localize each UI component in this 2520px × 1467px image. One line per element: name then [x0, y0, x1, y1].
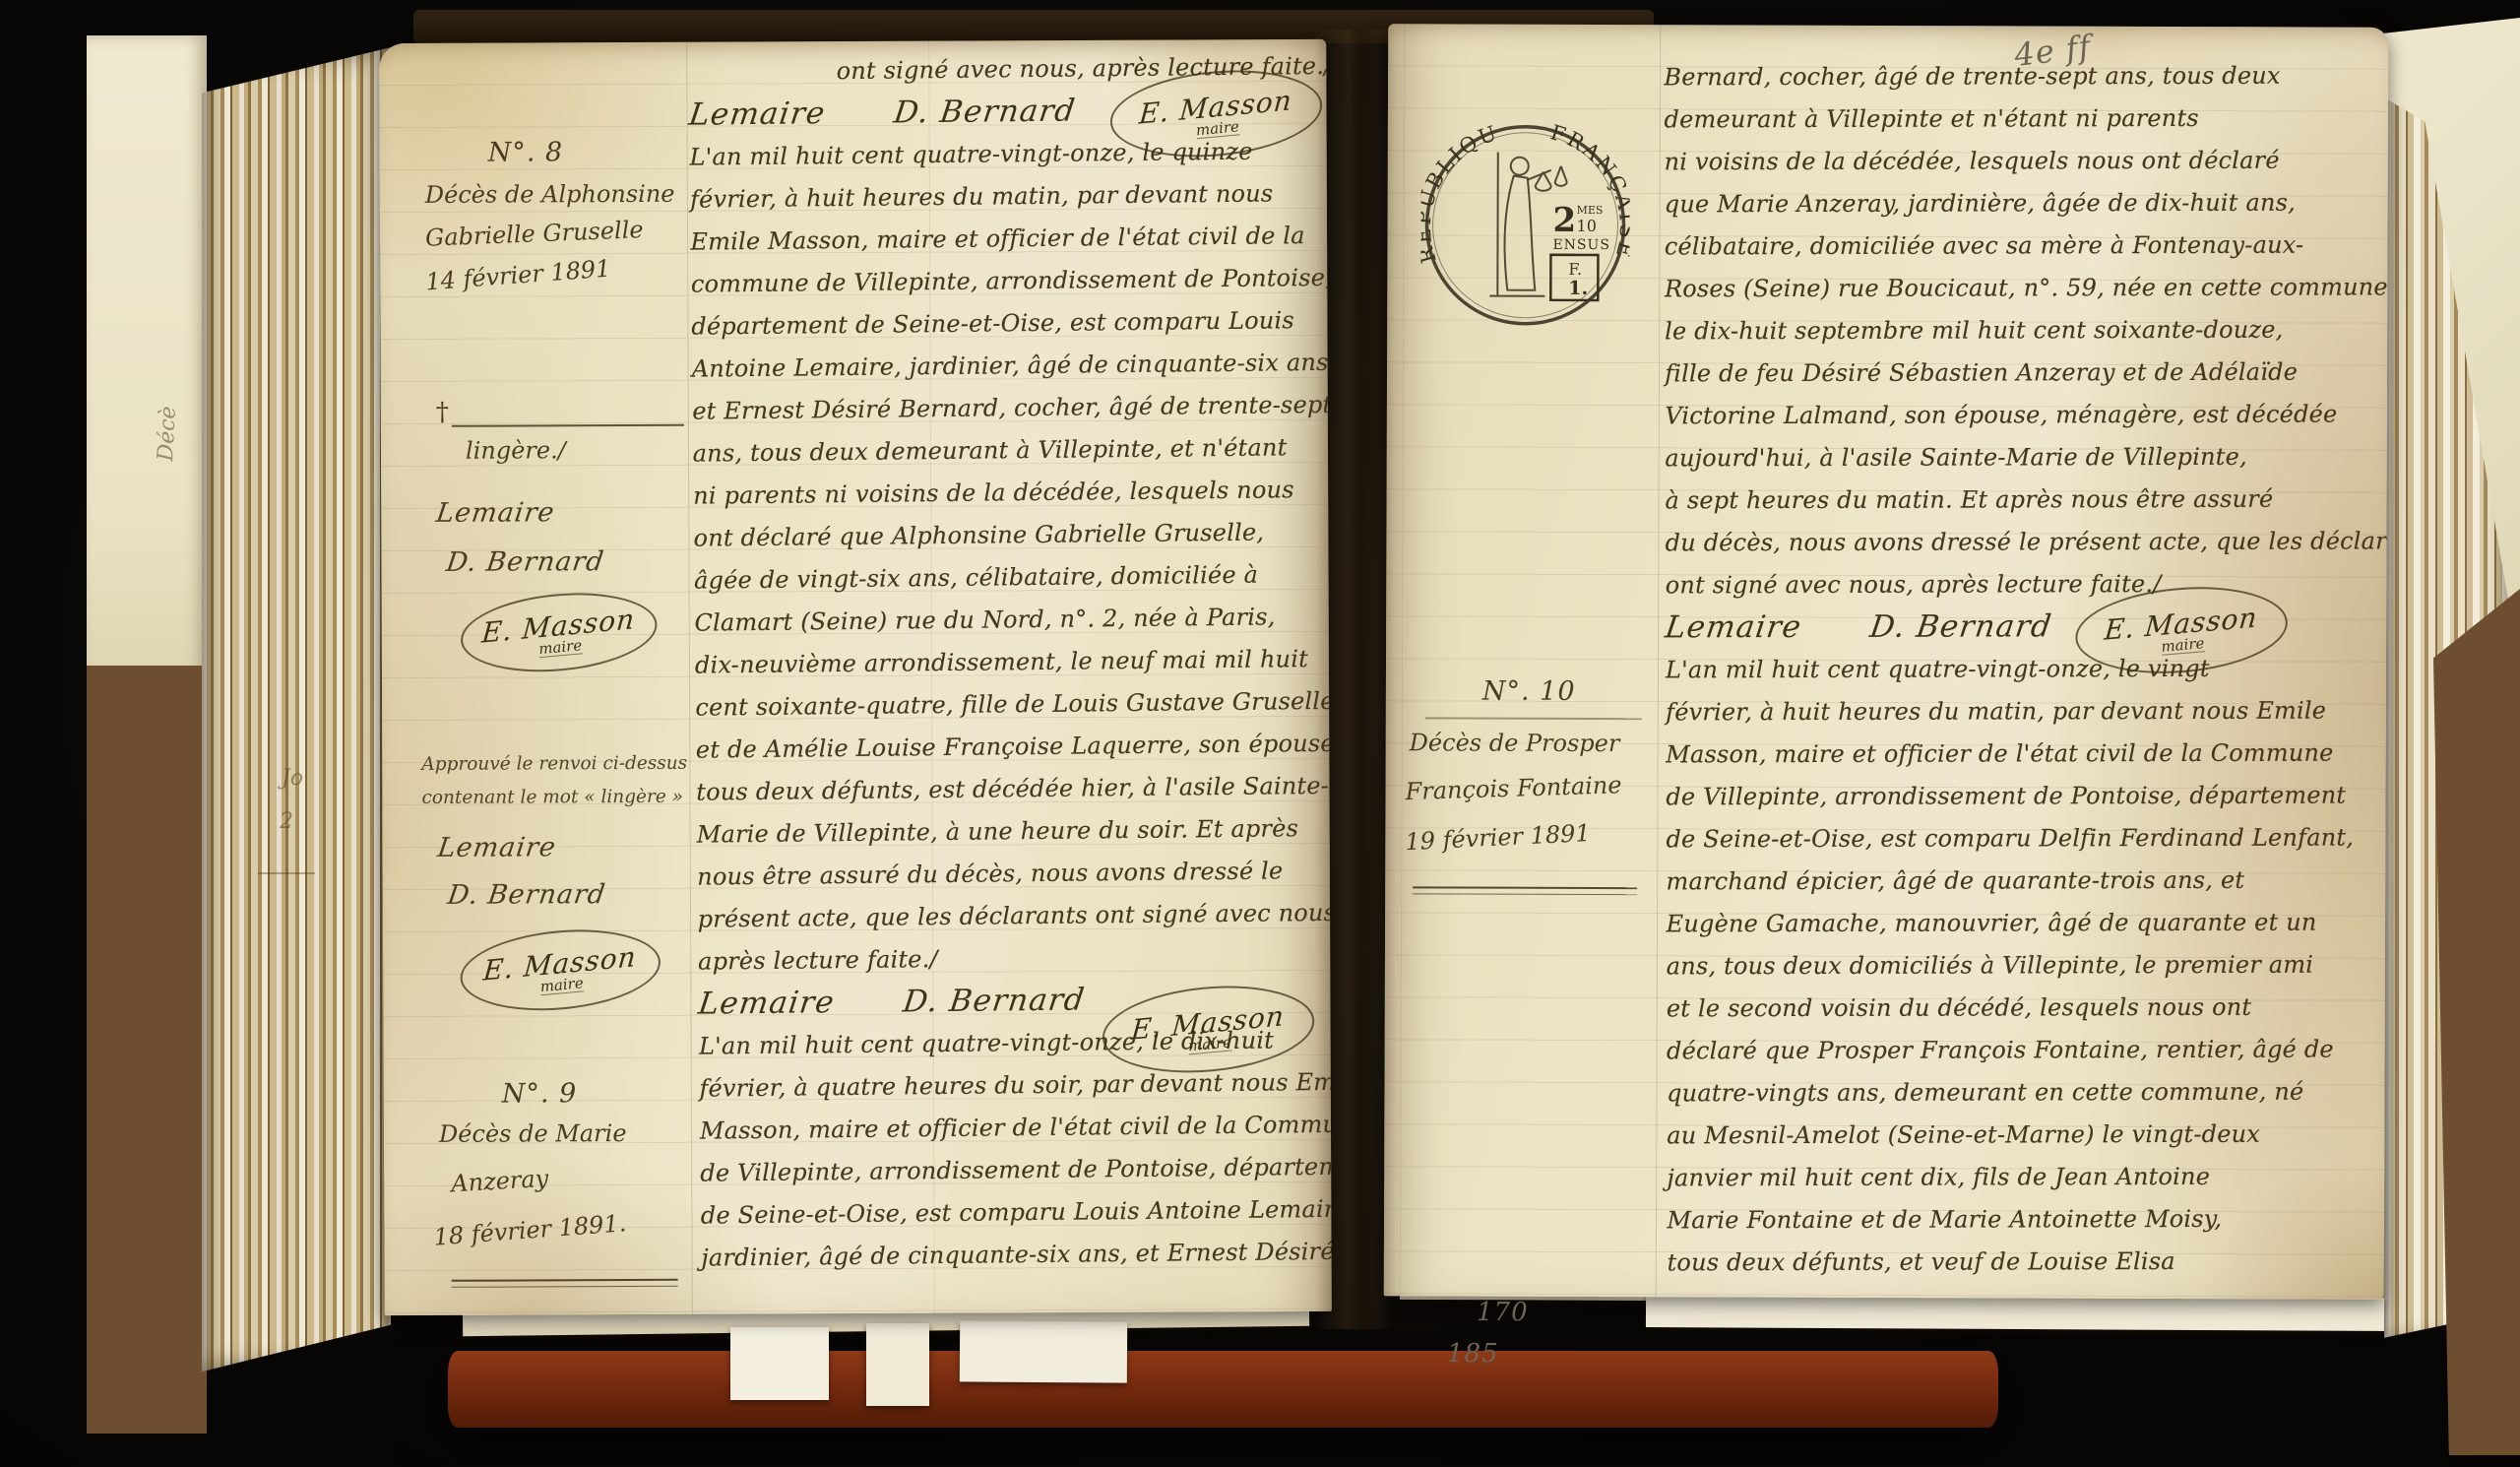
manuscript-line: ni voisins de la décédée, lesquels nous … [1665, 140, 2354, 184]
manuscript-line: du décès, nous avons dressé le présent a… [1666, 521, 2355, 565]
masson-signature: E. Masson [481, 939, 637, 987]
manuscript-line: le dix-huit septembre mil huit cent soix… [1665, 309, 2354, 353]
under-sheet [730, 1327, 829, 1400]
manuscript-line: de Villepinte, arrondissement de Pontois… [700, 1146, 1320, 1195]
manuscript-line: janvier mil huit cent dix, fils de Jean … [1667, 1156, 2356, 1200]
registry-page-right: 4e ff RÉPUBLIQUE FRA [1384, 24, 2389, 1300]
manuscript-line: fille de feu Désiré Sébastien Anzeray et… [1665, 351, 2354, 396]
act-title-line: Anzeray [451, 1165, 549, 1198]
act8-paragraph: L'an mil huit cent quatre-vingt-onze, le… [689, 130, 1318, 984]
left-margin-column: N°. 8 Décès de Alphonsine Gabrielle Grus… [416, 42, 690, 1315]
stamp-franc: F. [1568, 260, 1582, 279]
manuscript-line: de Seine-et-Oise, est comparu Louis Anto… [701, 1188, 1321, 1238]
manuscript-line: déclaré que Prosper François Fontaine, r… [1667, 1029, 2356, 1073]
masson-signature-oval: E. Masson maire [458, 585, 661, 679]
act-number: N°. 10 [1482, 676, 1576, 707]
svg-text:RÉPUBLIQUE: RÉPUBLIQUE [1420, 120, 1502, 266]
manuscript-line: Clamart (Seine) rue du Nord, n°. 2, née … [694, 596, 1314, 645]
act10-paragraph: L'an mil huit cent quatre-vingt-onze, le… [1666, 648, 2357, 1285]
manuscript-line: cent soixante-quatre, fille de Louis Gus… [695, 680, 1315, 730]
manuscript-line: et Ernest Désiré Bernard, cocher, âgé de… [692, 384, 1312, 433]
registry-book-photo: Décè Jo 2 N°. 8 Décès de Alphonsine Gabr… [0, 0, 2520, 1467]
signature: Lemaire [436, 832, 558, 863]
manuscript-line: marchand épicier, âgé de quarante-trois … [1666, 860, 2355, 904]
masson-signature-oval: E. Masson maire [457, 922, 663, 1018]
manuscript-line: tous deux défunts, est décédée hier, à l… [696, 765, 1316, 814]
signature: Lemaire [696, 982, 838, 1026]
approval-line: Approuvé le renvoi ci-dessus [421, 753, 687, 775]
margin-signatures: LemaireD. Bernard [416, 42, 684, 43]
manuscript-line: Antoine Lemaire, jardinier, âgé de cinqu… [692, 342, 1312, 391]
manuscript-line: que Marie Anzeray, jardinière, âgée de d… [1665, 182, 2354, 226]
manuscript-line: et le second voisin du décédé, lesquels … [1667, 987, 2356, 1031]
manuscript-line: présent acte, que les déclarants ont sig… [697, 892, 1317, 941]
signature: D. Bernard [444, 546, 605, 578]
margin-underline [1425, 717, 1642, 720]
manuscript-line: Marie de Villepinte, à une heure du soir… [697, 807, 1317, 857]
signature: D. Bernard [1867, 606, 2054, 648]
manuscript-line: au Mesnil-Amelot (Seine-et-Marne) le vin… [1667, 1114, 2356, 1158]
manuscript-line: à sept heures du matin. Et après nous êt… [1665, 478, 2354, 523]
manuscript-line: ans, tous deux domiciliés à Villepinte, … [1667, 944, 2356, 989]
act-title-line: Gabrielle Gruselle [425, 216, 644, 252]
renvoi-rule [452, 424, 684, 427]
manuscript-line: demeurant à Villepinte et n'étant ni par… [1664, 97, 2353, 142]
marbled-paper-left [87, 666, 207, 1434]
act-date: 18 février 1891. [433, 1209, 628, 1250]
underpage-fragment: Décè [154, 406, 181, 462]
stamp-value-word: ENSUS [1552, 237, 1610, 253]
book-gutter [1315, 30, 1396, 1329]
renvoi-dagger: † [436, 398, 449, 427]
pencil-page-number: 170 [1477, 1298, 1529, 1327]
manuscript-line: Emile Masson, maire et officier de l'éta… [690, 215, 1310, 264]
masson-signature: E. Masson [480, 602, 636, 649]
under-sheet [960, 1320, 1127, 1382]
registry-page-left: N°. 8 Décès de Alphonsine Gabrielle Grus… [379, 39, 1332, 1315]
manuscript-line: ni parents ni voisins de la décédée, les… [693, 469, 1313, 518]
act-title-line: Décès de Alphonsine [425, 180, 675, 209]
manuscript-line: ans, tous deux demeurant à Villepinte, e… [692, 426, 1312, 476]
act-date: 14 février 1891 [424, 255, 611, 296]
page-stack-left [202, 39, 391, 1378]
approval-line: contenant le mot « lingère » [421, 787, 683, 808]
underpage-fragment: Jo [282, 766, 303, 791]
separator-rule [1413, 886, 1637, 895]
stamp-value: 2 [1552, 201, 1576, 240]
signature: D. Bernard [892, 91, 1079, 135]
book-cover-left [87, 35, 207, 1434]
signature: D. Bernard [901, 979, 1088, 1023]
underpage-rule [258, 872, 315, 874]
right-body-column: Bernard, cocher, âgé de trente-sept ans,… [1664, 55, 2356, 1285]
renvoi-word: lingère./ [466, 436, 566, 464]
table-wood [448, 1351, 1998, 1428]
signature: D. Bernard [446, 879, 607, 911]
manuscript-line: Eugène Gamache, manouvrier, âgé de quara… [1667, 902, 2356, 946]
manuscript-line: dix-neuvième arrondissement, le neuf mai… [695, 638, 1315, 687]
stamp-arc-left: RÉPUBLIQUE [1420, 120, 1502, 266]
manuscript-line: ont déclaré que Alphonsine Gabrielle Gru… [693, 511, 1313, 560]
separator-rule [452, 1279, 678, 1288]
stamp-franc-value: 1. [1568, 278, 1588, 299]
underpage-fragment: 2 [280, 809, 293, 834]
pencil-page-number: 185 [1447, 1339, 1499, 1369]
manuscript-line: aujourd'hui, à l'asile Sainte-Marie de V… [1665, 436, 2354, 480]
manuscript-line: après lecture faite./ [698, 934, 1318, 984]
signature: Lemaire [686, 93, 828, 137]
manuscript-line: et de Amélie Louise Françoise Laquerre, … [696, 723, 1316, 772]
manuscript-line: tous deux défunts, et veuf de Louise Eli… [1667, 1241, 2356, 1285]
revenue-stamp: RÉPUBLIQUE FRANÇAISE [1420, 120, 1630, 334]
masson-signature: E. Masson [1138, 84, 1293, 131]
right-margin-column: RÉPUBLIQUE FRANÇAISE [1404, 24, 1661, 1297]
masson-signature: E. Masson [1130, 999, 1286, 1047]
stamp-value-mid: 10 [1577, 217, 1597, 235]
signature: Lemaire [1663, 606, 1804, 649]
under-sheet [866, 1323, 929, 1406]
act-title-line: Décès de Prosper [1410, 729, 1620, 757]
manuscript-line: célibataire, domiciliée avec sa mère à F… [1665, 224, 2354, 269]
act-title-line: François Fontaine [1405, 771, 1622, 805]
act9-continuation: Bernard, cocher, âgé de trente-sept ans,… [1664, 55, 2354, 607]
manuscript-line: de Seine-et-Oise, est comparu Delfin Fer… [1666, 817, 2355, 861]
manuscript-line: âgée de vingt-six ans, célibataire, domi… [694, 553, 1314, 603]
manuscript-line: commune de Villepinte, arrondissement de… [691, 257, 1311, 306]
margin-signatures-2: LemaireD. Bernard [416, 42, 684, 43]
act-date: 19 février 1891 [1405, 819, 1591, 856]
act-number: N°. 9 [502, 1078, 578, 1109]
masson-signature: E. Masson [2103, 601, 2259, 646]
manuscript-line: Roses (Seine) rue Boucicaut, n°. 59, née… [1665, 267, 2354, 311]
manuscript-line: nous être assuré du décès, nous avons dr… [697, 850, 1317, 899]
signature: Lemaire [434, 497, 556, 529]
manuscript-line: février, à huit heures du matin, par dev… [690, 172, 1310, 222]
manuscript-line: jardinier, âgé de cinquante-six ans, et … [701, 1231, 1321, 1280]
manuscript-line: Bernard, cocher, âgé de trente-sept ans,… [1664, 55, 2353, 99]
manuscript-line: quatre-vingts ans, demeurant en cette co… [1667, 1071, 2356, 1116]
manuscript-line: département de Seine-et-Oise, est compar… [691, 299, 1311, 349]
act-number: N°. 8 [488, 137, 564, 167]
manuscript-line: Masson, maire et officier de l'état civi… [1666, 733, 2355, 777]
left-body-column: ont signé avec nous, après lecture faite… [688, 45, 1321, 1280]
manuscript-line: Victorine Lalmand, son épouse, ménagère,… [1665, 394, 2354, 438]
stamp-value-sup: MES [1577, 204, 1604, 217]
manuscript-line: février, à huit heures du matin, par dev… [1666, 690, 2355, 734]
manuscript-line: Masson, maire et officier de l'état civi… [700, 1104, 1320, 1153]
marbled-paper-right [2433, 589, 2520, 1455]
manuscript-line: de Villepinte, arrondissement de Pontois… [1666, 775, 2355, 819]
act-title-line: Décès de Marie [439, 1119, 627, 1148]
manuscript-line: Marie Fontaine et de Marie Antoinette Mo… [1667, 1198, 2356, 1243]
under-sheet [1646, 1294, 2384, 1331]
